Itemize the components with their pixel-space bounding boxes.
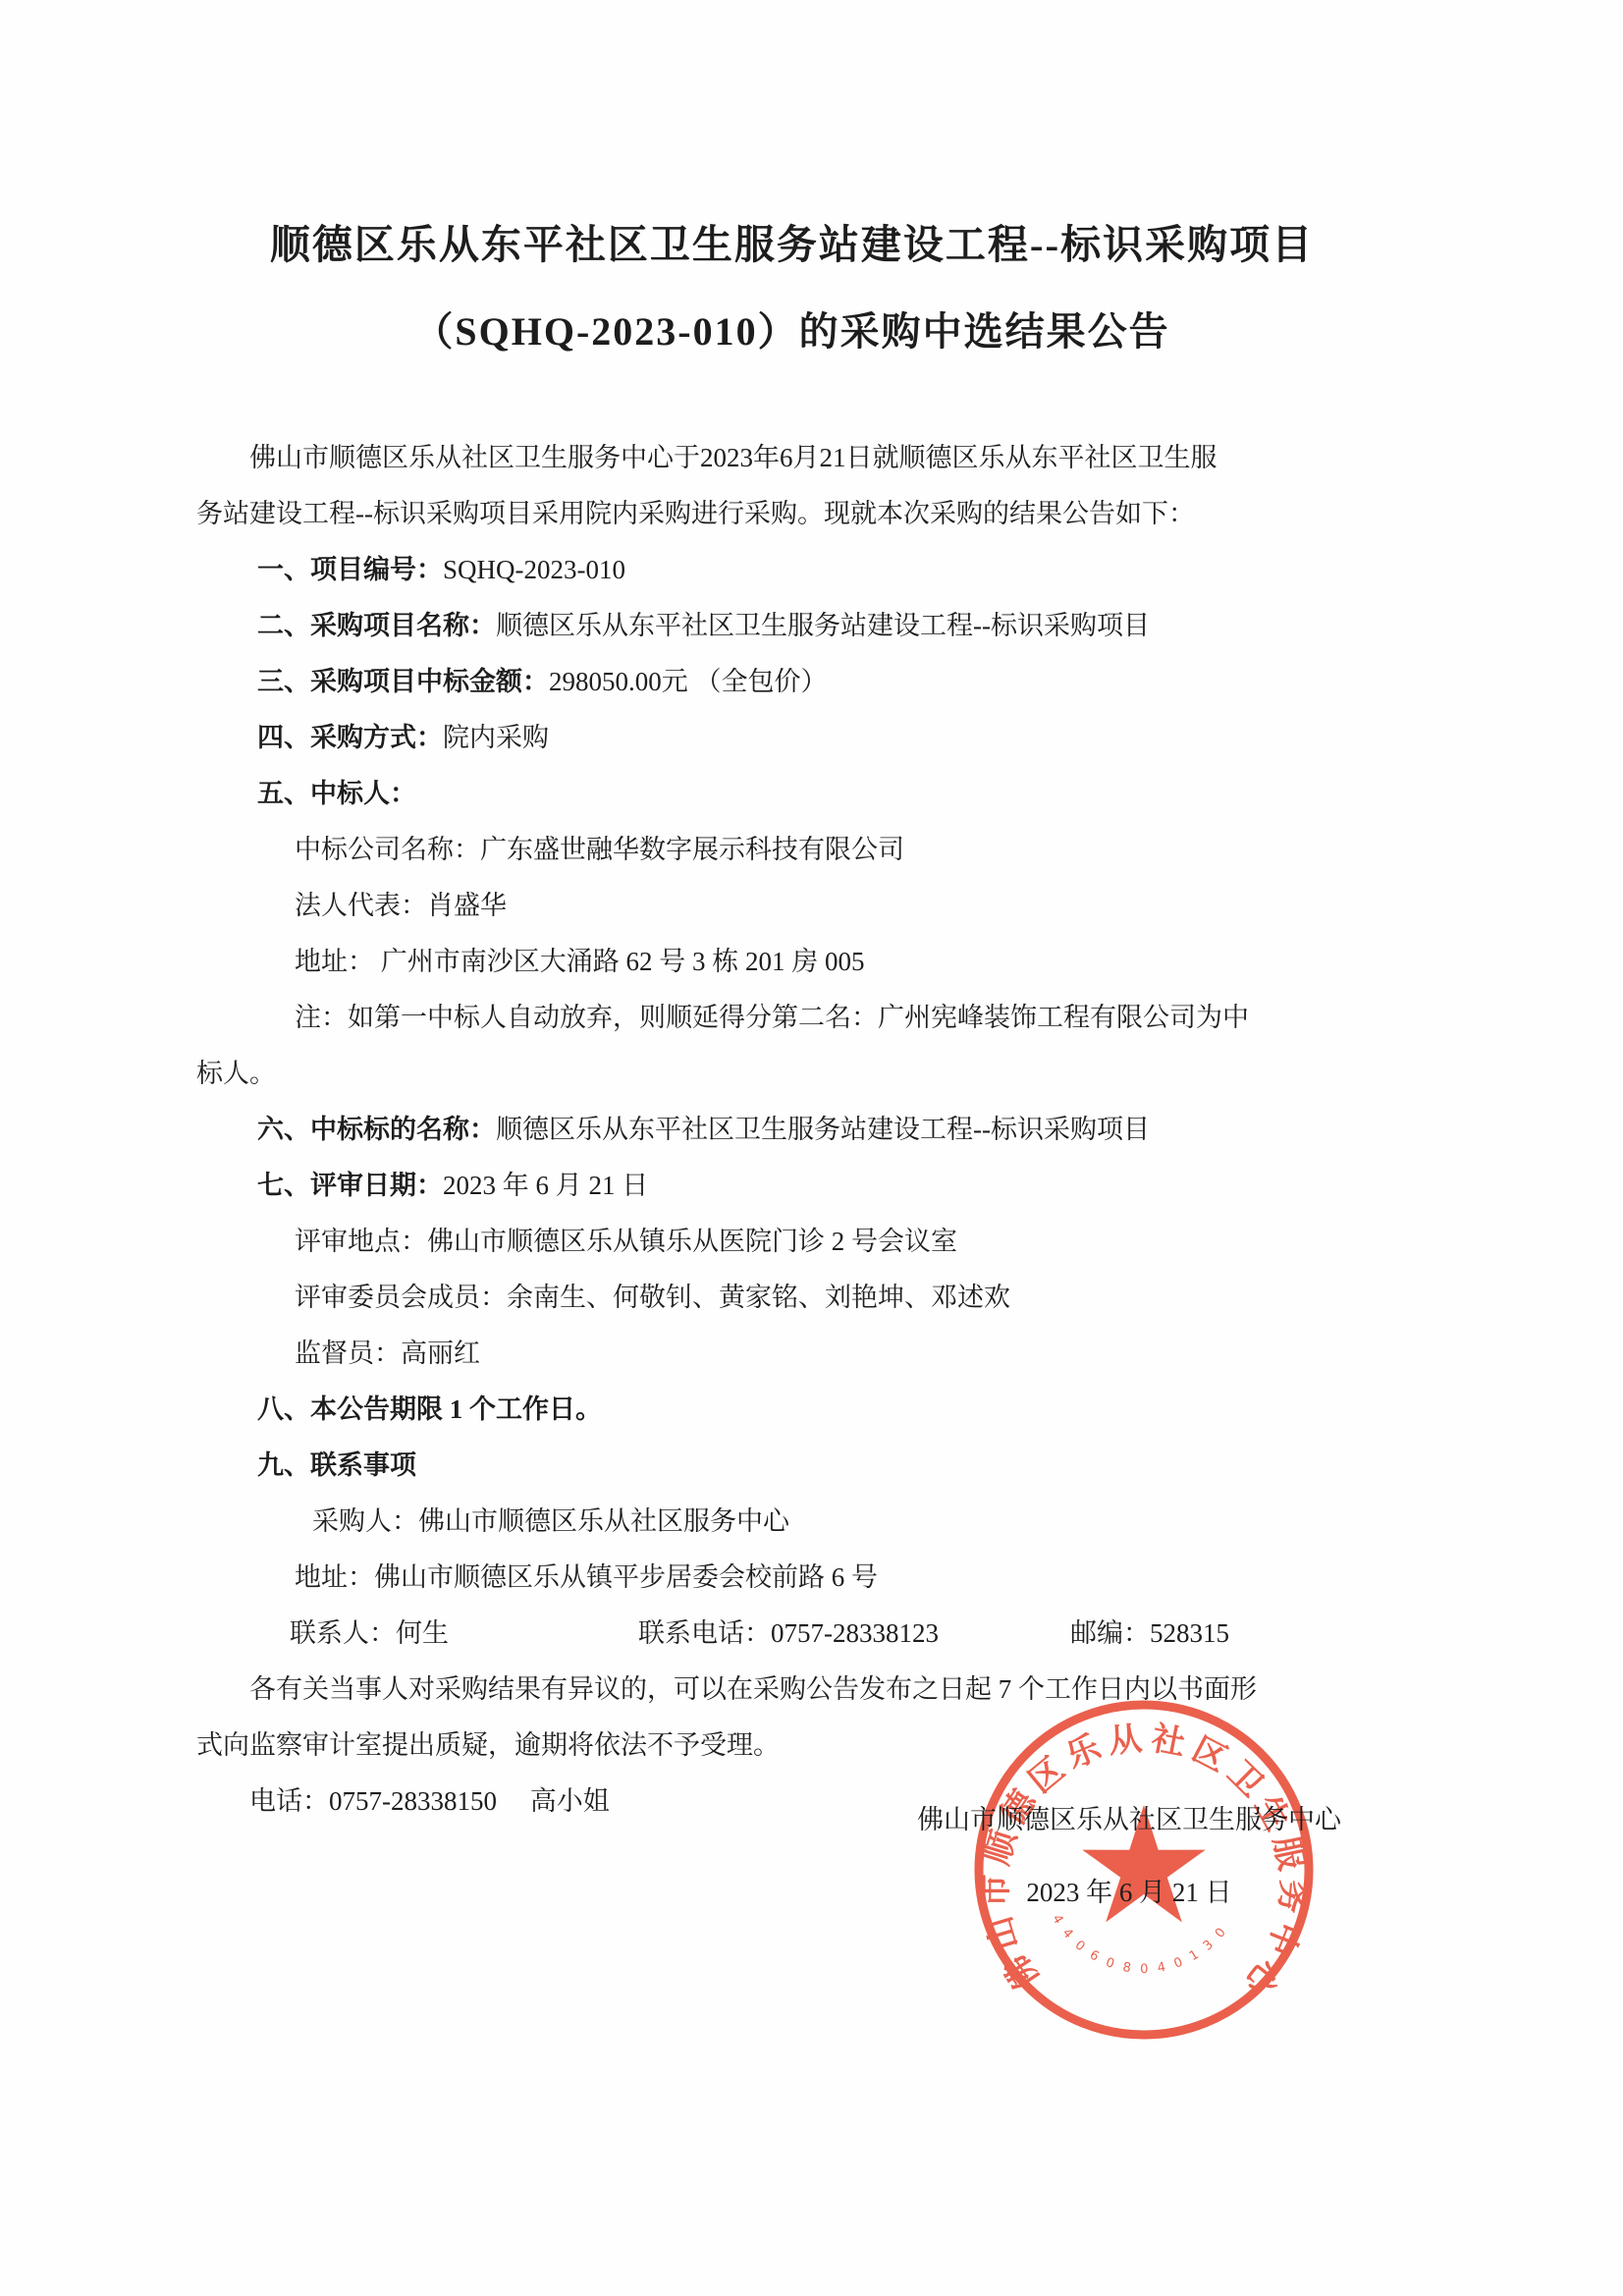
- page-title: 顺德区乐从东平社区卫生服务站建设工程--标识采购项目: [79, 221, 1505, 268]
- doc-line: 九、联系事项: [196, 1438, 1473, 1494]
- doc-line: 中标公司名称：广东盛世融华数字展示科技有限公司: [196, 822, 1473, 878]
- doc-line: 评审地点：佛山市顺德区乐从镇乐从医院门诊 2 号会议室: [196, 1214, 1473, 1270]
- signature-date: 2023 年 6 月 21 日: [911, 1876, 1347, 1909]
- doc-text: 九、联系事项: [257, 1450, 416, 1480]
- doc-text: 四、采购方式：: [257, 723, 443, 752]
- doc-text: 佛山市顺德区乐从社区卫生服务中心于2023年6月21日就顺德区乐从东平社区卫生服: [249, 443, 1217, 472]
- doc-text: 一、项目编号：: [257, 555, 443, 584]
- doc-line: 八、本公告期限 1 个工作日。: [196, 1382, 1473, 1438]
- doc-text: 298050.00元 （全包价）: [549, 667, 828, 696]
- doc-text: 务站建设工程--标识采购项目采用院内采购进行采购。现就本次采购的结果公告如下：: [196, 499, 1195, 528]
- doc-line: 标人。: [196, 1046, 1473, 1102]
- doc-text: 2023 年 6 月 21 日: [443, 1171, 648, 1200]
- doc-line: 注：如第一中标人自动放弃，则顺延得分第二名：广州宪峰装饰工程有限公司为中: [196, 990, 1473, 1046]
- announcement-page: 顺德区乐从东平社区卫生服务站建设工程--标识采购项目 （SQHQ-2023-01…: [0, 0, 1623, 2296]
- doc-line: 地址：佛山市顺德区乐从镇平步居委会校前路 6 号: [196, 1550, 1473, 1606]
- doc-text: 邮编：528315: [1070, 1606, 1229, 1662]
- doc-text: 联系人：何生: [290, 1606, 449, 1662]
- doc-text: 注：如第一中标人自动放弃，则顺延得分第二名：广州宪峰装饰工程有限公司为中: [295, 1003, 1249, 1032]
- doc-line: 评审委员会成员：余南生、何敬钊、黄家铭、刘艳坤、邓述欢: [196, 1270, 1473, 1326]
- doc-line: 联系人：何生联系电话：0757-28338123邮编：528315: [196, 1606, 1473, 1662]
- page-subtitle: （SQHQ-2023-010）的采购中选结果公告: [79, 308, 1505, 355]
- doc-text: 二、采购项目名称：: [257, 611, 496, 640]
- doc-text: 标人。: [196, 1059, 276, 1088]
- doc-line: 佛山市顺德区乐从社区卫生服务中心于2023年6月21日就顺德区乐从东平社区卫生服: [196, 430, 1473, 486]
- doc-text: 五、中标人：: [257, 779, 416, 808]
- doc-line: 法人代表：肖盛华: [196, 878, 1473, 934]
- doc-text: 顺德区乐从东平社区卫生服务站建设工程--标识采购项目: [496, 611, 1150, 640]
- doc-text: 八、本公告期限 1 个工作日。: [257, 1394, 602, 1424]
- doc-text: 三、采购项目中标金额：: [257, 667, 549, 696]
- doc-line: 地址： 广州市南沙区大涌路 62 号 3 栋 201 房 005: [196, 934, 1473, 990]
- doc-body: 佛山市顺德区乐从社区卫生服务中心于2023年6月21日就顺德区乐从东平社区卫生服…: [196, 430, 1473, 1830]
- doc-text: 七、评审日期：: [257, 1171, 443, 1200]
- doc-text: 法人代表：肖盛华: [295, 891, 507, 920]
- doc-line: 监督员：高丽红: [196, 1326, 1473, 1382]
- doc-line: 七、评审日期：2023 年 6 月 21 日: [196, 1158, 1473, 1214]
- signature-org: 佛山市顺德区乐从社区卫生服务中心: [911, 1803, 1347, 1836]
- doc-line: 六、中标标的名称：顺德区乐从东平社区卫生服务站建设工程--标识采购项目: [196, 1102, 1473, 1158]
- doc-line: 采购人：佛山市顺德区乐从社区服务中心: [196, 1494, 1473, 1550]
- doc-text: 地址：佛山市顺德区乐从镇平步居委会校前路 6 号: [295, 1562, 878, 1592]
- doc-line: 五、中标人：: [196, 766, 1473, 822]
- doc-line: 二、采购项目名称：顺德区乐从东平社区卫生服务站建设工程--标识采购项目: [196, 598, 1473, 654]
- doc-text: 采购人：佛山市顺德区乐从社区服务中心: [312, 1506, 789, 1536]
- title-block: 顺德区乐从东平社区卫生服务站建设工程--标识采购项目 （SQHQ-2023-01…: [79, 221, 1505, 355]
- doc-text: 电话：0757-28338150 高小姐: [249, 1786, 610, 1816]
- doc-text: 中标公司名称：广东盛世融华数字展示科技有限公司: [295, 835, 904, 864]
- doc-text: 院内采购: [443, 723, 549, 752]
- doc-text: 评审地点：佛山市顺德区乐从镇乐从医院门诊 2 号会议室: [295, 1227, 957, 1256]
- signature-block: 佛山市顺德区乐从社区卫生服务中心 2023 年 6 月 21 日: [911, 1803, 1347, 1909]
- doc-text: 评审委员会成员：余南生、何敬钊、黄家铭、刘艳坤、邓述欢: [295, 1283, 1010, 1312]
- doc-text: 监督员：高丽红: [295, 1339, 480, 1368]
- doc-text: SQHQ-2023-010: [443, 555, 625, 584]
- doc-line: 三、采购项目中标金额：298050.00元 （全包价）: [196, 654, 1473, 710]
- stamp-serial: 4 4 0 6 0 8 0 4 0 1 3 0: [1049, 1912, 1230, 1977]
- doc-text: 式向监察审计室提出质疑，逾期将依法不予受理。: [196, 1730, 780, 1760]
- doc-line: 一、项目编号：SQHQ-2023-010: [196, 542, 1473, 598]
- doc-text: 顺德区乐从东平社区卫生服务站建设工程--标识采购项目: [496, 1115, 1150, 1144]
- svg-text:4 4 0 6 0 8 0 4 0 1 3 0: 4 4 0 6 0 8 0 4 0 1 3 0: [1049, 1912, 1230, 1977]
- doc-text: 联系电话：0757-28338123: [638, 1606, 939, 1662]
- doc-text: 地址： 广州市南沙区大涌路 62 号 3 栋 201 房 005: [295, 947, 865, 976]
- doc-line: 四、采购方式：院内采购: [196, 710, 1473, 766]
- doc-text: 六、中标标的名称：: [257, 1115, 496, 1144]
- doc-line: 务站建设工程--标识采购项目采用院内采购进行采购。现就本次采购的结果公告如下：: [196, 486, 1473, 542]
